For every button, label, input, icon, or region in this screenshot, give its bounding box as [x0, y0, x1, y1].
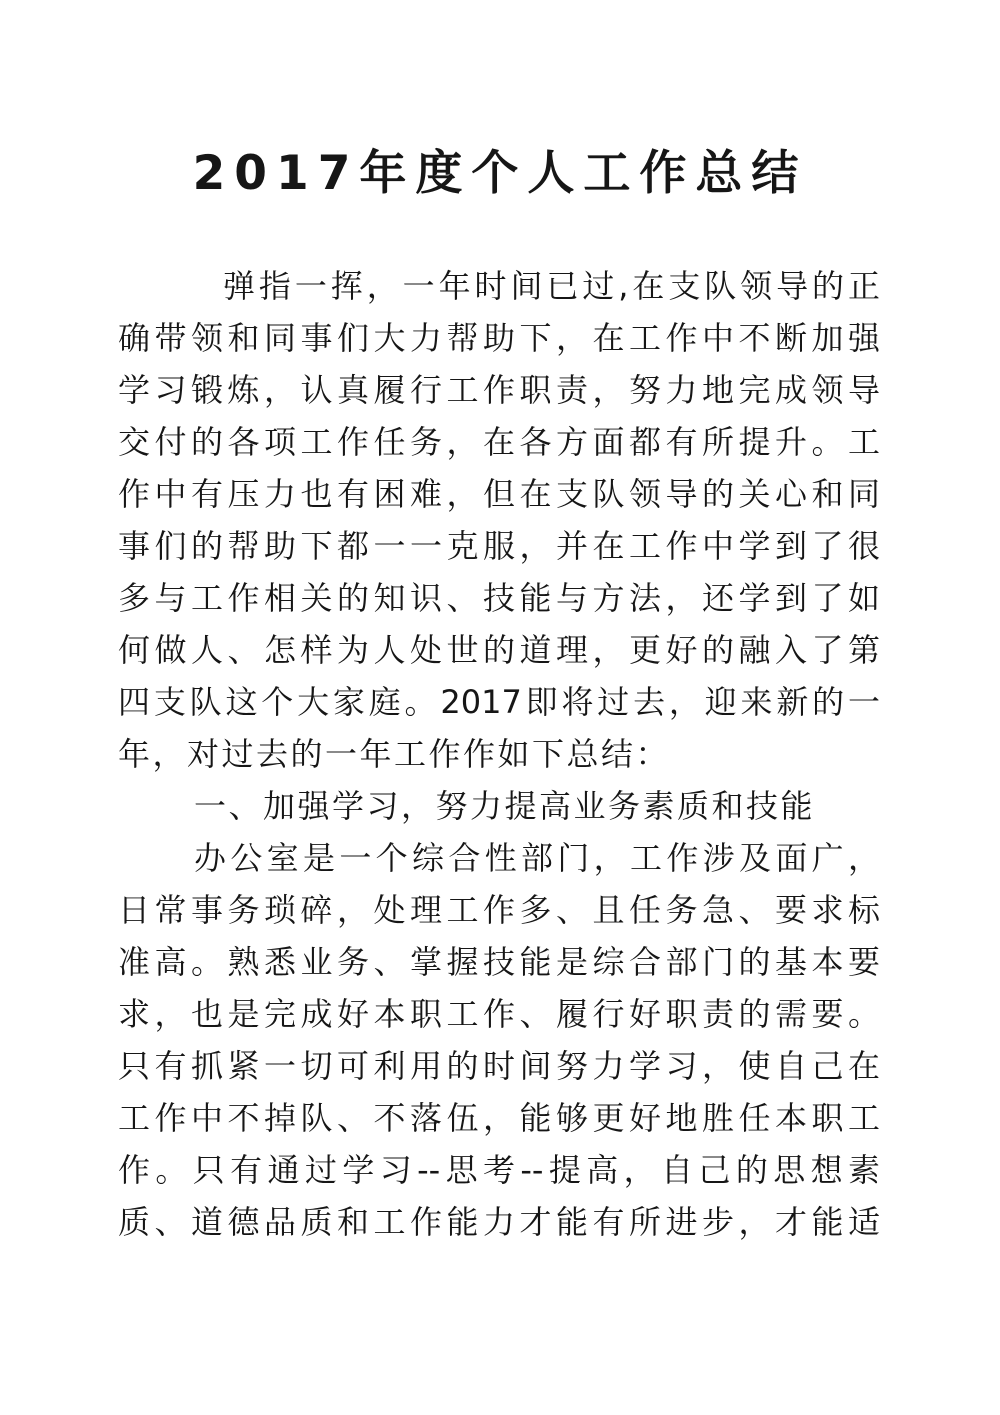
text-line: 四支队这个大家庭。2017即将过去，迎来新的一	[118, 676, 880, 728]
text-line: 求，也是完成好本职工作、履行好职责的需要。	[118, 988, 880, 1040]
text-line: 弹指一挥，一年时间已过,在支队领导的正	[118, 260, 880, 312]
text-line: 交付的各项工作任务，在各方面都有所提升。工	[118, 416, 880, 468]
document-body: 弹指一挥，一年时间已过,在支队领导的正确带领和同事们大力帮助下，在工作中不断加强…	[118, 260, 880, 1248]
text-line: 年，对过去的一年工作作如下总结：	[118, 728, 880, 780]
text-line: 确带领和同事们大力帮助下，在工作中不断加强	[118, 312, 880, 364]
text-line: 学习锻炼，认真履行工作职责，努力地完成领导	[118, 364, 880, 416]
text-line: 日常事务琐碎，处理工作多、且任务急、要求标	[118, 884, 880, 936]
text-line: 质、道德品质和工作能力才能有所进步，才能适	[118, 1196, 880, 1248]
text-line: 工作中不掉队、不落伍，能够更好地胜任本职工	[118, 1092, 880, 1144]
text-line: 多与工作相关的知识、技能与方法，还学到了如	[118, 572, 880, 624]
document-page: 2017年度个人工作总结 弹指一挥，一年时间已过,在支队领导的正确带领和同事们大…	[0, 0, 1000, 1415]
text-line: 准高。熟悉业务、掌握技能是综合部门的基本要	[118, 936, 880, 988]
text-line: 一、加强学习，努力提高业务素质和技能	[118, 780, 880, 832]
text-line: 只有抓紧一切可利用的时间努力学习，使自己在	[118, 1040, 880, 1092]
document-title: 2017年度个人工作总结	[60, 148, 940, 200]
text-line: 办公室是一个综合性部门，工作涉及面广，	[118, 832, 880, 884]
text-line: 作。只有通过学习--思考--提高，自己的思想素	[118, 1144, 880, 1196]
text-line: 事们的帮助下都一一克服，并在工作中学到了很	[118, 520, 880, 572]
text-line: 作中有压力也有困难，但在支队领导的关心和同	[118, 468, 880, 520]
text-line: 何做人、怎样为人处世的道理，更好的融入了第	[118, 624, 880, 676]
